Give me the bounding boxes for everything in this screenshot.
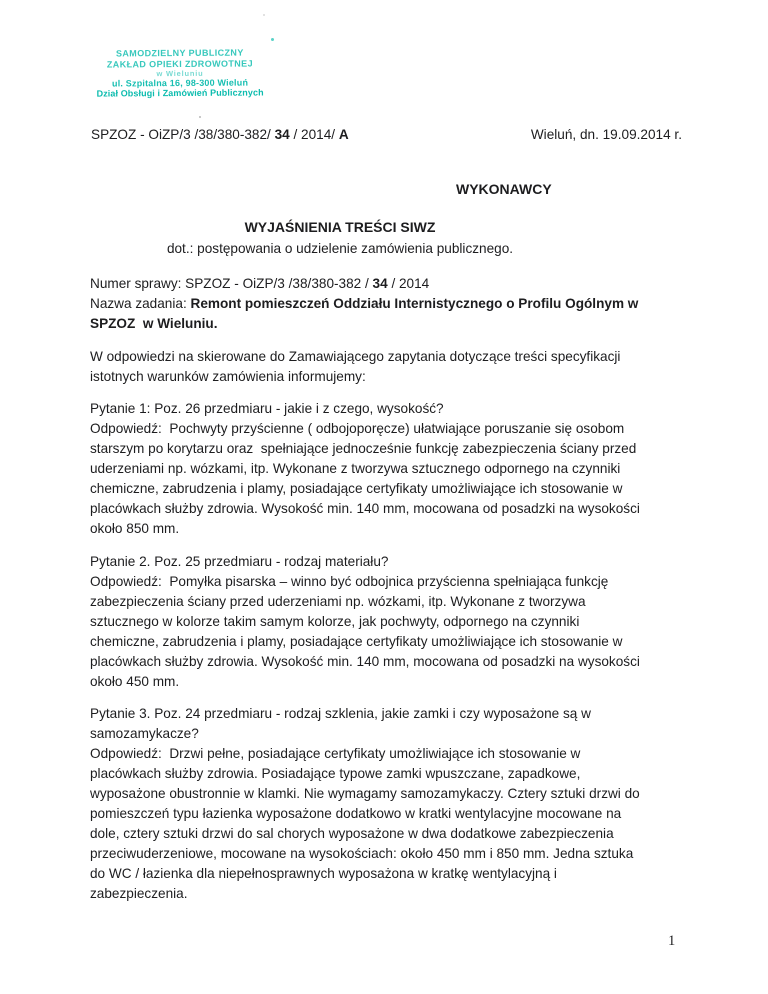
text-line: Pytanie 2. Poz. 25 przedmiaru - rodzaj m… — [90, 552, 640, 572]
text-line: około 850 mm. — [90, 519, 640, 539]
text-line: wyposażone obustronnie w klamki. Nie wym… — [90, 784, 640, 804]
page-number: 1 — [668, 931, 675, 951]
text-line: W odpowiedzi na skierowane do Zamawiając… — [90, 347, 620, 367]
office-stamp: SAMODZIELNY PUBLICZNY ZAKŁAD OPIEKI ZDRO… — [94, 47, 266, 99]
text-line: uderzeniami np. wózkami, itp. Wykonane z… — [90, 459, 640, 479]
question-2-block: Pytanie 2. Poz. 25 przedmiaru - rodzaj m… — [90, 552, 640, 692]
case-number-value: 34 — [373, 276, 388, 291]
reference-part: SPZOZ - OiZP/3 /38/380-382/ — [91, 127, 275, 142]
addressee-label: WYKONAWCY — [456, 179, 552, 199]
document-page: SAMODZIELNY PUBLICZNY ZAKŁAD OPIEKI ZDRO… — [0, 0, 768, 994]
question-3-block: Pytanie 3. Poz. 24 przedmiaru - rodzaj s… — [90, 704, 640, 904]
text-line: Odpowiedź: Drzwi pełne, posiadające cert… — [90, 744, 640, 764]
text-line: placówkach służby zdrowia. Wysokość min.… — [90, 652, 640, 672]
scan-artifact-dot — [199, 116, 201, 118]
text-line: Odpowiedź: Pomyłka pisarska – winno być … — [90, 572, 640, 592]
intro-paragraph: W odpowiedzi na skierowane do Zamawiając… — [90, 347, 620, 387]
case-number-year: / 2014 — [388, 276, 430, 291]
text-line: chemiczne, zabrudzenia i plamy, posiadaj… — [90, 632, 640, 652]
reference-case-number: 34 — [275, 127, 290, 142]
task-name-label: Nazwa zadania: — [90, 296, 191, 311]
text-line: zabezpieczenia ściany przed uderzeniami … — [90, 592, 640, 612]
document-subtitle: dot.: postępowania o udzielenie zamówien… — [90, 238, 590, 260]
scan-artifact-dot — [263, 14, 265, 16]
text-line: samozamykacze? — [90, 724, 640, 744]
task-name-line: Nazwa zadania: Remont pomieszczeń Oddzia… — [90, 294, 638, 314]
stamp-line: Dział Obsługi i Zamówień Publicznych — [94, 87, 266, 99]
document-title: WYJAŚNIENIA TREŚCI SIWZ — [90, 216, 590, 238]
text-line: starszym po korytarzu oraz spełniające j… — [90, 439, 640, 459]
text-line: placówkach służby zdrowia. Wysokość min.… — [90, 499, 640, 519]
reference-part: / 2014/ — [290, 127, 339, 142]
text-line: Pytanie 1: Poz. 26 przedmiaru - jakie i … — [90, 399, 640, 419]
text-line: do WC / łazienka dla niepełnosprawnych w… — [90, 864, 640, 884]
reference-suffix: A — [339, 127, 349, 142]
reference-number: SPZOZ - OiZP/3 /38/380-382/ 34 / 2014/ A — [91, 125, 349, 145]
stamp-line: ul. Szpitalna 16, 98-300 Wieluń — [94, 77, 266, 88]
text-line: Pytanie 3. Poz. 24 przedmiaru - rodzaj s… — [90, 704, 640, 724]
text-line: placówkach służby zdrowia. Posiadające t… — [90, 764, 640, 784]
case-number-label: Numer sprawy: SPZOZ - OiZP/3 /38/380-382… — [90, 276, 373, 291]
question-1-block: Pytanie 1: Poz. 26 przedmiaru - jakie i … — [90, 399, 640, 539]
text-line: sztucznego w kolorze takim samym kolorze… — [90, 612, 640, 632]
document-date: Wieluń, dn. 19.09.2014 r. — [531, 125, 682, 145]
text-line: pomieszczeń typu łazienka wyposażone dod… — [90, 804, 640, 824]
case-number-line: Numer sprawy: SPZOZ - OiZP/3 /38/380-382… — [90, 274, 638, 294]
text-line: około 450 mm. — [90, 672, 640, 692]
task-name-value: Remont pomieszczeń Oddziału Internistycz… — [191, 296, 639, 311]
text-line: przeciwuderzeniowe, mocowane na wysokośc… — [90, 844, 640, 864]
text-line: zabezpieczenia. — [90, 884, 640, 904]
text-line: istotnych warunków zamówienia informujem… — [90, 367, 620, 387]
text-line: chemiczne, zabrudzenia i plamy, posiadaj… — [90, 479, 640, 499]
task-name-line-2: SPZOZ w Wieluniu. — [90, 314, 638, 334]
case-info-block: Numer sprawy: SPZOZ - OiZP/3 /38/380-382… — [90, 274, 638, 334]
text-line: dole, cztery sztuki drzwi do sal chorych… — [90, 824, 640, 844]
stamp-artifact-dot — [271, 38, 274, 41]
document-heading: WYJAŚNIENIA TREŚCI SIWZ dot.: postępowan… — [90, 216, 590, 260]
text-line: Odpowiedź: Pochwyty przyścienne ( odbojo… — [90, 419, 640, 439]
